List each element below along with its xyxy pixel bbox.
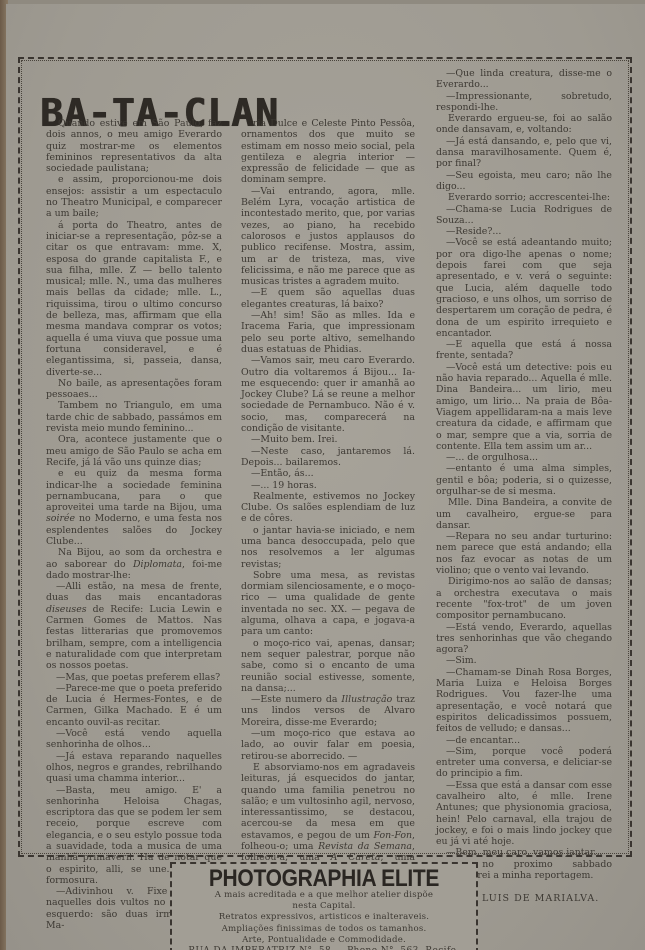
article-paragraph: —Este numero da Illustração traz uns lin… bbox=[241, 694, 415, 728]
article-paragraph: —Seu egoista, meu caro; não lhe digo... bbox=[436, 170, 612, 193]
article-paragraph: Dirigimo-nos ao salão de dansas; a orche… bbox=[436, 576, 612, 621]
article-paragraph: —Então, ás... bbox=[241, 468, 415, 479]
article-paragraph: —Sim, porque você poderá entreter uma co… bbox=[436, 746, 612, 780]
article-paragraph: —Chamam-se Dinah Rosa Borges, Maria Luiz… bbox=[436, 667, 612, 735]
article-paragraph: —Sim. bbox=[436, 655, 612, 666]
article-paragraph: —Neste caso, jantaremos lá. Depois... ba… bbox=[241, 446, 415, 469]
article-paragraph: —E aquella que está á nossa frente, sent… bbox=[436, 339, 612, 362]
article-paragraph: —Você se está adeantando muito; por ora … bbox=[436, 237, 612, 339]
article-paragraph: —Você está um detective: pois eu não hav… bbox=[436, 362, 612, 452]
article-paragraph: á porta do Theatro, antes de iniciar-se … bbox=[46, 220, 222, 378]
article-paragraph: —Mas, que poetas preferem ellas? bbox=[46, 672, 222, 683]
article-paragraph: —Está vendo, Everardo, aquellas tres sen… bbox=[436, 622, 612, 656]
article-paragraph: Mlle. Dina Bandeira, a convite de um cav… bbox=[436, 497, 612, 531]
article-paragraph: e assim, proporcionou-me dois ensejos: a… bbox=[46, 174, 222, 219]
advert-line: Retratos expressivos, artisticos e inalt… bbox=[172, 912, 476, 923]
article-paragraph: —Reside?... bbox=[436, 226, 612, 237]
article-paragraph: —um moço-rico que estava ao lado, ao ouv… bbox=[241, 728, 415, 762]
article-paragraph: —Parece-me que o poeta preferido de Luci… bbox=[46, 683, 222, 728]
article-column-3: —Que linda creatura, disse-me o Everardo… bbox=[436, 68, 612, 905]
article-paragraph: Na Bijou, ao som da orchestra e ao sabor… bbox=[46, 547, 222, 581]
article-paragraph: —Repara no seu andar turturino: nem pare… bbox=[436, 531, 612, 576]
advert-line: Arte, Pontualidade e Commodidade. bbox=[172, 935, 476, 946]
article-paragraph: —... de orgulhosa... bbox=[436, 452, 612, 463]
article-paragraph: —... 19 horas. bbox=[241, 480, 415, 491]
article-paragraph: Everardo ergueu-se, foi ao salão onde da… bbox=[436, 113, 612, 136]
article-paragraph: —Muito bem. Irei. bbox=[241, 434, 415, 445]
advert-title: PHOTOGRAPHIA ELITE bbox=[172, 866, 476, 891]
article-paragraph: ria Dulce e Celeste Pinto Pessôa, orname… bbox=[241, 118, 415, 186]
article-paragraph: —Ah! sim! São as mlles. Ida e Iracema Fa… bbox=[241, 310, 415, 355]
article-paragraph: Tambem no Triangulo, em uma tarde chic d… bbox=[46, 400, 222, 434]
article-column-2: ria Dulce e Celeste Pinto Pessôa, orname… bbox=[241, 118, 415, 897]
article-paragraph: —entanto é uma alma simples, gentil e bô… bbox=[436, 463, 612, 497]
article-paragraph: —Bem, meu caro, vamos jantar... bbox=[436, 847, 612, 858]
article-paragraph: o jantar havia-se iniciado, e nem uma ba… bbox=[241, 525, 415, 570]
article-paragraph: —Já está dansando, e, pelo que vi, dansa… bbox=[436, 136, 612, 170]
article-paragraph: —Essa que está a dansar com esse cavalhe… bbox=[436, 780, 612, 848]
article-paragraph: —Impressionante, sobretudo, respondi-lhe… bbox=[436, 91, 612, 114]
article-paragraph: —Já estava reparando naquelles olhos, ne… bbox=[46, 751, 222, 785]
photographia-elite-advert: PHOTOGRAPHIA ELITE A mais acreditada e a… bbox=[170, 862, 478, 950]
article-paragraph: Realmente, estivemos no Jockey Clube. Os… bbox=[241, 491, 415, 525]
advert-line: nesta Capital. bbox=[172, 901, 476, 912]
article-paragraph: Ora, acontece justamente que o meu amigo… bbox=[46, 434, 222, 468]
article-paragraph: e eu quiz da mesma forma indicar-lhe a s… bbox=[46, 468, 222, 547]
article-paragraph: —de encantar... bbox=[436, 735, 612, 746]
article-paragraph: —Vai entrando, agora, mlle. Belém Lyra, … bbox=[241, 186, 415, 288]
advert-address: RUA DA IMPERATRIZ N°. 58 — Phone N°. 563… bbox=[172, 946, 476, 950]
article-column-1: Quando estive em São Paulo, faz dois ann… bbox=[46, 118, 222, 931]
article-paragraph: o moço-rico vai, apenas, dansar; nem seq… bbox=[241, 638, 415, 694]
article-paragraph: —Alli estão, na mesa de frente, duas das… bbox=[46, 581, 222, 671]
advert-line: A mais acreditada e a que melhor atelier… bbox=[172, 890, 476, 901]
article-paragraph: No baile, as apresentações foram pessoae… bbox=[46, 378, 222, 401]
article-paragraph: —Vamos sair, meu caro Everardo. Outro di… bbox=[241, 355, 415, 434]
article-paragraph: —Chama-se Lucia Rodrigues de Souza... bbox=[436, 204, 612, 227]
article-paragraph: Everardo sorrio; accrescentei-lhe: bbox=[436, 192, 612, 203]
article-paragraph: —Que linda creatura, disse-me o Everardo… bbox=[436, 68, 612, 91]
article-paragraph: —Você está vendo aquella senhorinha de o… bbox=[46, 728, 222, 751]
article-paragraph: Sobre uma mesa, as revistas dormiam sile… bbox=[241, 570, 415, 638]
advert-line: Ampliações finissimas de todos os tamanh… bbox=[172, 924, 476, 935]
article-paragraph: Quando estive em São Paulo, faz dois ann… bbox=[46, 118, 222, 174]
article-paragraph: —E quem são aquellas duas elegantes crea… bbox=[241, 287, 415, 310]
